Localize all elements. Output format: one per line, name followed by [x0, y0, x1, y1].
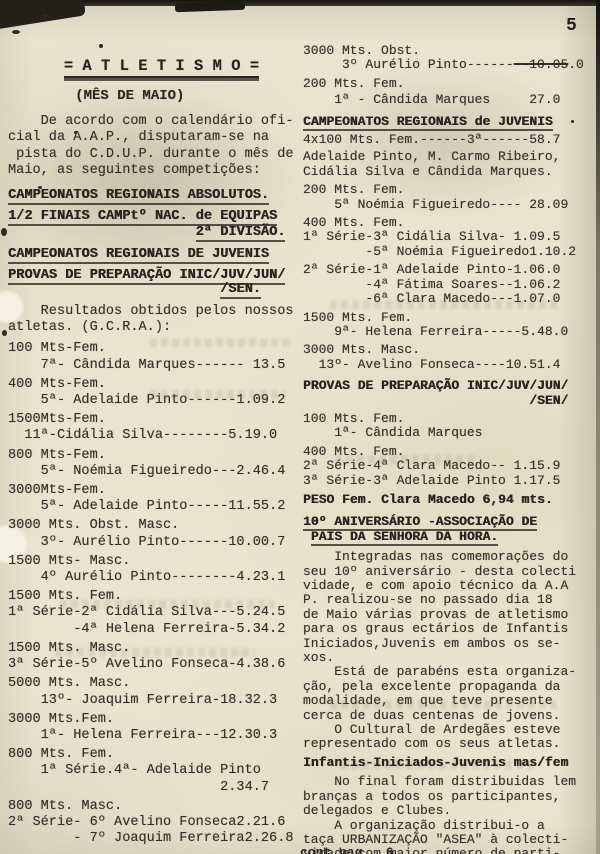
paper-speck — [12, 30, 20, 34]
result-line: 1500 Mts. Fem. — [8, 589, 301, 605]
result-line: 9ª- Helena Ferreira-----5.48.0 — [303, 325, 598, 339]
body-text-line: ção, pela excelente propaganda da — [303, 680, 598, 694]
section-heading: CAMPEONATOS REGIONAIS ABSOLUTOS. — [8, 188, 301, 204]
body-text-line: P. realizou-se no passado dia 18 — [303, 593, 598, 607]
section-heading: CAMPEONATOS REGIONAIS DE JUVENIS — [8, 247, 301, 263]
body-text-line: seu 10º aniversário - desta colecti — [303, 565, 598, 579]
body-text-line: cerca de duas centenas de jovens. — [303, 709, 598, 723]
body-text-line: cial da A.A.P., disputaram-se na — [8, 130, 301, 146]
result-line: 400 Mts-Fem. — [8, 377, 301, 393]
result-line: -6ª Clara Macedo---1.07.0 — [303, 292, 598, 306]
result-line: 3ª Série-5º Avelino Fonseca-4.38.6 — [8, 657, 301, 673]
section-heading: 1/2 FINAIS CAMPtº NAC. de EQUIPAS — [8, 209, 301, 225]
result-line: 100 Mts. Fem. — [303, 412, 598, 426]
body-text-line: Maio, as seguintes competições: — [8, 163, 301, 179]
result-line: 2ª Série- 6º Avelino Fonseca2.21.6 — [8, 815, 301, 831]
body-text-line: delegados e Clubes. — [303, 804, 598, 818]
result-line: 400 Mts. Fem. — [303, 216, 598, 230]
scan-edge-top — [0, 0, 600, 6]
result-line: 1500 Mts. Fem. — [303, 311, 598, 325]
article-title: = A T L E T I S M O = — [8, 56, 301, 76]
body-text-line: pista do C.D.U.P. durante o mês de — [8, 147, 301, 163]
result-line: 200 Mts. Fem. — [303, 183, 598, 197]
body-text-line: branças a todos os participantes, — [303, 790, 598, 804]
section-heading: 2ª DIVISÃO. — [8, 225, 301, 241]
body-text-line: xos. — [303, 651, 598, 665]
paper-speck — [1, 228, 7, 236]
result-line: 100 Mts-Fem. — [8, 341, 301, 357]
result-line: 5ª- Adelaide Pinto------1.09.2 — [8, 393, 301, 409]
result-line: 5000 Mts. Masc. — [8, 676, 301, 692]
result-line: 2ª Série-4ª Clara Macedo-- 1.15.9 — [303, 459, 598, 473]
result-line: 5ª- Adelaide Pinto-----11.55.2 — [8, 499, 301, 515]
result-line: -5ª Noémia Figueiredo1.10.2 — [303, 245, 598, 259]
result-line: 1500 Mts- Masc. — [8, 554, 301, 570]
paper-speck — [42, 14, 48, 17]
result-line: 4x100 Mts. Fem.------3ª------58.7 — [303, 133, 598, 147]
body-text-line: O Cultural de Ardegães esteve — [303, 723, 598, 737]
result-line: 2.34.7 — [8, 780, 301, 796]
section-heading: /SEN. — [8, 284, 301, 295]
result-line: 11ª-Cidália Silva--------5.19.0 — [8, 428, 301, 444]
result-line: 1ª - Cândida Marques 27.0 — [303, 93, 598, 107]
result-line: -4ª Fátima Soares--1.06.2 — [303, 278, 598, 292]
section-heading: 10º ANIVERSÁRIO -ASSOCIAÇÃO DE — [303, 515, 598, 529]
body-text-line: Integradas nas comemorações do — [303, 550, 598, 564]
body-text-line: Cidália Silva e Cândida Marques. — [303, 165, 598, 179]
result-line: 3000 Mts. Obst. — [303, 44, 598, 58]
result-line: 800 Mts. Fem. — [8, 747, 301, 763]
result-line: 13º- Joaquim Ferreira-18.32.3 — [8, 693, 301, 709]
result-line: 1ª- Helena Ferreira---12.30.3 — [8, 728, 301, 744]
paper-speck — [2, 330, 7, 336]
result-line: 1ª- Cândida Marques — [303, 426, 598, 440]
result-line: 3º- Aurélio Pinto------10.00.7 — [8, 535, 301, 551]
section-heading: Infantis-Iniciados-Juvenis mas/fem — [303, 756, 598, 770]
result-line: - 7º Joaquim Ferreira2.26.8 — [8, 831, 301, 847]
result-line: 1ª Série.4ª- Adelaide Pinto — [8, 763, 301, 779]
result-line: 200 Mts. Fem. — [303, 77, 598, 91]
body-text-line: Adelaide Pinto, M. Carmo Ribeiro, — [303, 150, 598, 164]
body-text-line: atletas. (G.C.R.A.): — [8, 320, 301, 336]
result-line: 800 Mts. Masc. — [8, 799, 301, 815]
result-line: 2ª Série-1ª Adelaide Pinto-1.06.0 — [303, 263, 598, 277]
result-line: 5ª Noémia Figueiredo---- 28.09 — [303, 198, 598, 212]
right-column: 3000 Mts. Obst. 3º Aurélio Pinto--------… — [303, 44, 598, 854]
result-line: -4ª Helena Ferreira-5.34.2 — [8, 622, 301, 638]
body-text-line: representado com os seus atletas. — [303, 737, 598, 751]
result-line: 5ª- Noémia Figueiredo---2.46.4 — [8, 464, 301, 480]
section-heading: PAIS DA SENHORA DA HORA. — [303, 530, 598, 544]
section-heading: /SEN/ — [303, 394, 598, 408]
ink-smudge — [175, 1, 245, 12]
paper-speck — [99, 44, 103, 48]
section-heading: PESO Fem. Clara Macedo 6,94 mts. — [303, 493, 598, 507]
result-line: 1ª Série-3ª Cidália Silva- 1.09.5 — [303, 230, 598, 244]
result-line: 1ª Série-2ª Cidália Silva---5.24.5 — [8, 605, 301, 621]
body-text-line: vidade, e com apoio técnico da A.A — [303, 579, 598, 593]
result-line: 3000 Mts. Masc. — [303, 343, 598, 357]
left-column: = A T L E T I S M O = (MÊS DE MAIO) De a… — [8, 50, 301, 847]
body-text-line: Está de parabéns esta organiza- — [303, 665, 598, 679]
body-text-line: de Maio várias provas de atletismo — [303, 608, 598, 622]
result-line: 3º Aurélio Pinto--------10.05.0 — [303, 58, 598, 72]
result-line: 1500Mts-Fem. — [8, 412, 301, 428]
result-line: 13º- Avelino Fonseca----10.51.4 — [303, 358, 598, 372]
body-text-line: Iniciados,Juvenis em ambos os se- — [303, 637, 598, 651]
result-line: 3000Mts-Fem. — [8, 483, 301, 499]
result-line: 3ª Série-3ª Adelaide Pinto 1.17.5 — [303, 474, 598, 488]
scanned-document-page: 5 = A T L E T I S M O = (MÊS DE MAIO) De… — [0, 0, 600, 854]
result-line: 7ª- Cândida Marques------ 13.5 — [8, 358, 301, 374]
result-line: 1500 Mts. Masc. — [8, 641, 301, 657]
section-heading: CAMPEONATOS REGIONAIS de JUVENIS — [303, 115, 598, 129]
section-heading: PROVAS DE PREPARAÇÃO INIC/JUV/JUN/ — [303, 379, 598, 393]
article-subtitle: (MÊS DE MAIO) — [8, 88, 301, 104]
continuation-note: cont.pag. 6 — [300, 845, 394, 854]
body-text-line: No final foram distribuidas lem — [303, 775, 598, 789]
result-line: 3000 Mts.Fem. — [8, 712, 301, 728]
result-line: 400 Mts. Fem. — [303, 445, 598, 459]
body-text-line: para os graus ectários de Infantis — [303, 622, 598, 636]
result-line: 800 Mts-Fem. — [8, 448, 301, 464]
result-line: 3000 Mts. Obst. Masc. — [8, 518, 301, 534]
body-text-line: A organização distribui-o a — [303, 819, 598, 833]
body-text-line: modalidade, em que teve presente — [303, 694, 598, 708]
body-text-line: De acordo com o calendário ofi- — [8, 114, 301, 130]
page-number: 5 — [566, 16, 578, 36]
body-text-line: Resultados obtidos pelos nossos — [8, 304, 301, 320]
result-line: 4º Aurélio Pinto--------4.23.1 — [8, 570, 301, 586]
